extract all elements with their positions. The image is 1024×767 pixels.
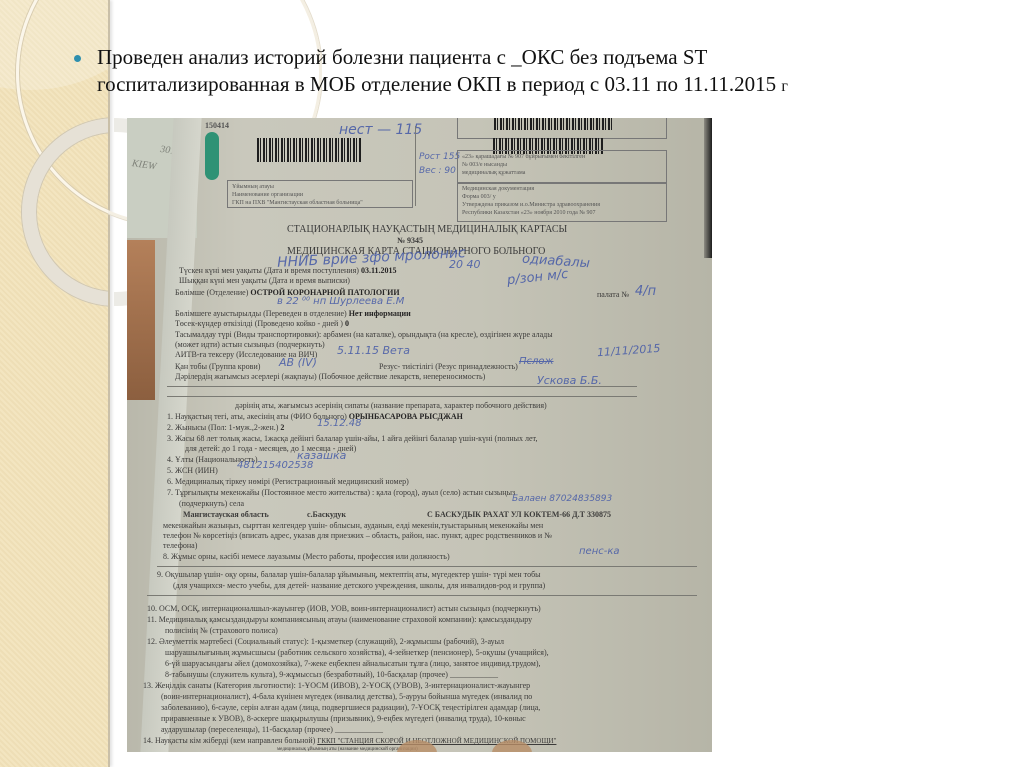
item-11b: полисінің № (страхового полиса): [165, 626, 278, 636]
birth-date: 15.12.48: [317, 418, 362, 429]
item-13e: аударушылар (переселенцы), 11-басқалар (…: [161, 725, 383, 735]
title-kz: СТАЦИОНАРЛЫҚ НАУҚАСТЫҢ МЕДИЦИНАЛЫҚ КАРТА…: [287, 224, 567, 235]
transferred-line: Бөлімшеге ауыстырылды (Переведен в отдел…: [175, 309, 411, 319]
item-13b: (воин-интернационалист), 4-бала күнінен …: [161, 692, 532, 702]
barcode-box-top: [457, 118, 667, 139]
bed-days-line: Төсек-күндер өткізілді (Проведено койко …: [175, 319, 349, 329]
phone-note: Балаен 87024835893: [512, 494, 612, 504]
bullet-dot-icon: [74, 55, 81, 62]
item-13d: приравненные к УВОВ), 8-әскерге шақырылу…: [161, 714, 526, 724]
drug-caption: дәрінің аты, жағымсыз әсерінің сипаты (н…: [235, 401, 547, 411]
ward-label: палата №: [597, 290, 629, 300]
bullet-text: Проведен анализ историй болезни пациента…: [97, 44, 954, 100]
hiv-date: 5.11.15 Вета: [337, 344, 410, 357]
item-9: 9. Оқушылар үшін- оқу орны, балалар үшін…: [157, 570, 541, 580]
blood-line: Қан тобы (Группа крови): [175, 362, 260, 372]
item-7: 7. Тұрғылықты мекенжайы (Постоянное мест…: [167, 488, 515, 498]
discharge-line: Шыққан күні мен уақыты (Дата и время вып…: [179, 276, 350, 286]
green-tab: [205, 132, 219, 180]
item-9b: (для учащихся- место учебы, для детей- н…: [173, 581, 545, 591]
item-7e: телефон № көрсетіңіз (вписать адрес, ука…: [163, 531, 552, 541]
signature-date: 11/11/2015: [597, 342, 661, 359]
iin: 481215402538: [237, 460, 313, 471]
header-divider: [415, 126, 416, 206]
bullet-line-2: госпитализированная в МОБ отделение ОКП …: [97, 71, 954, 100]
item-10: 10. ОСМ, ОСҚ, интернационалшыл-жауынгер …: [147, 604, 541, 614]
item-11: 11. Медициналық қамсыздандыруы компанияс…: [147, 615, 532, 625]
admit-line: Түскен күні мен уақыты (Дата и время пос…: [179, 266, 397, 276]
transfer-note: в 22 ⁰⁰ нп Шурлеева Е.М: [277, 296, 404, 307]
item-12: 12. Әлеуметтік мәртебесі (Социальный ста…: [147, 637, 504, 647]
barcode-left: [257, 138, 361, 162]
weight-note: Вес : 90: [419, 166, 456, 176]
rule: [157, 566, 697, 567]
form-code: 150414: [205, 121, 229, 130]
item-7-village: с.Баскудук: [307, 510, 346, 520]
handwritten-code: нест — 115: [339, 122, 422, 138]
kz-approval-box: «23» қарашадағы № 907 бұйрығымен бекітіл…: [457, 150, 667, 184]
item-3: 3. Жасы 68 лет толық жасы, 1жасқа дейінг…: [167, 434, 537, 444]
item-13: 13. Жеңілдік санаты (Категория льготност…: [143, 681, 530, 691]
item-7-region: Мангистауская область: [183, 510, 269, 520]
item-6: 6. Медициналық тіркеу нөмірі (Регистраци…: [167, 477, 409, 487]
item-12d: 8-табынушы (служитель культа), 9-жұмыссы…: [165, 670, 498, 680]
item-7d: мекенжайын жазыңыз, сырттан келгендер үш…: [163, 521, 543, 531]
rh-value: Пслож: [519, 356, 554, 367]
barcode-right-top: [494, 118, 614, 130]
rh-line: Резус- тиістілігі (Резус принадлежность): [379, 362, 518, 372]
item-8: 8. Жұмыс орны, кәсібі немесе лауазымы (М…: [163, 552, 450, 562]
organization-box: Ұйымның атауы Наименование организации Г…: [227, 180, 413, 208]
card-number: № 9345: [397, 236, 423, 245]
item-12c: 6-үй шаруасындағы әйел (домохозяйка), 7-…: [165, 659, 541, 669]
item-1: 1. Науқастың тегі, аты, әкесінің аты (ФИ…: [167, 412, 463, 422]
photo-dark-edge: [704, 118, 712, 258]
item-7-address: С БАСКУДЫК РАХАТ УЛ КОКТЕМ-66 Д.Т 330875: [427, 510, 611, 520]
ward-number: 4/п: [635, 284, 656, 299]
slide-decoration-strip: [0, 0, 108, 767]
work-note: пенс-ка: [579, 546, 620, 557]
rule: [147, 595, 697, 596]
bullet-line-1: Проведен анализ историй болезни пациента…: [97, 44, 954, 71]
transport-line-2: (может идти) астын сызыңыз (подчеркнуть): [175, 340, 325, 350]
item-13c: заболеванию), 6-сәуле, серін алған адам …: [161, 703, 540, 713]
admit-time: 20 40: [449, 258, 481, 271]
item-12b: шаруашылығының жұмысшысы (работник сельс…: [165, 648, 549, 658]
hand-holding-card: [127, 240, 155, 400]
underlying-page-notes: 301 KIEW: [131, 137, 177, 178]
blood-group: АВ (IV): [279, 356, 317, 369]
ru-approval-box: Медицинская документация Форма 003/ у Ут…: [457, 182, 667, 222]
slide-bullet: Проведен анализ историй болезни пациента…: [74, 44, 954, 100]
ward-note: р/зон м/с: [506, 267, 569, 288]
medical-card-photo: 301 KIEW 150414 нест — 115 Ұйымның атауы…: [127, 118, 712, 752]
rule: [167, 396, 637, 397]
item-7b: (подчеркнуть) села: [179, 499, 244, 509]
transport-line: Тасымалдау түрі (Виды транспортировки): …: [175, 330, 553, 340]
height-note: Рост 155: [419, 152, 460, 162]
rule: [167, 386, 637, 387]
item-7f: телефона): [163, 541, 197, 551]
item-2: 2. Жынысы (Пол: 1-муж.,2-жен.) 2: [167, 423, 284, 433]
item-5: 5. ЖСН (ИИН): [167, 466, 218, 476]
side-effects-line: Дәрілердің жағымсыз әсерлері (жақпауы) (…: [175, 372, 485, 382]
